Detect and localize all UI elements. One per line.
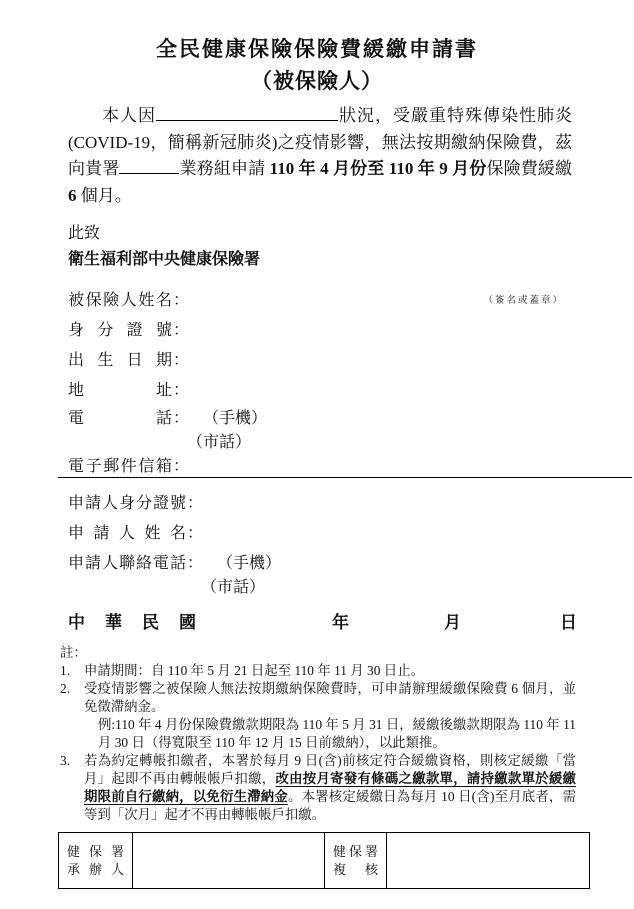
applicant-name-label: 申請人姓名 — [68, 520, 186, 543]
colon: ： — [187, 550, 203, 573]
applicant-landline-row: （市話） — [68, 574, 590, 598]
colon: ： — [187, 520, 203, 543]
approval-table: 健保署 承辦人 健保署 複核 — [58, 832, 590, 889]
nhia-reviewer-label-cell: 健保署 複核 — [324, 833, 386, 888]
colon: ： — [173, 453, 189, 476]
paragraph-segment: 業務組申請 — [179, 159, 269, 178]
insured-dob-label: 出生日期 — [68, 347, 172, 370]
branch-office-blank-line — [119, 158, 179, 174]
insured-address-label: 地址 — [68, 377, 172, 400]
section-divider-line — [58, 477, 632, 478]
colon: ： — [173, 287, 189, 310]
deferral-period-text: 110 年 4 月份至 110 年 9 月份 — [270, 159, 487, 178]
applicant-phone-row: 申請人聯絡電話： （手機） — [68, 550, 590, 574]
applicant-phone-label: 申請人聯絡電話 — [68, 550, 186, 573]
nhia-handler-label-cell: 健保署 承辦人 — [59, 833, 132, 888]
insured-name-row: 被保險人姓名： （簽名或蓋章） — [68, 287, 590, 317]
document-page: 全民健康保險保險費緩繳申請書 （被保險人） 本人因狀況，受嚴重特殊傳染性肺炎(C… — [0, 0, 634, 909]
note-number: 2. — [60, 680, 84, 752]
insured-phone-label: 電話 — [68, 405, 172, 428]
handler-signature-cell — [132, 833, 324, 888]
salutation-block: 此致 衛生福利部中央健康保險署 — [68, 221, 572, 273]
signature-or-seal-note: （簽名或蓋章） — [483, 287, 590, 306]
deferral-months-number: 6 — [68, 186, 77, 205]
note-text: 受疫情影響之被保險人無法按期繳納保險費時，可申請辦理緩繳保險費 6 個月，並免徵… — [84, 680, 576, 752]
note-item-1: 1. 申請期間：自 110 年 5 月 21 日起至 110 年 11 月 30… — [60, 662, 576, 680]
colon: ： — [173, 405, 189, 428]
note-number: 3. — [60, 752, 84, 824]
insured-dob-row: 出生日期： — [68, 347, 590, 377]
colon: ： — [173, 317, 189, 340]
insured-id-row: 身分證號： — [68, 317, 590, 347]
applicant-landline-label: （市話） — [201, 574, 265, 597]
nhia-label-line: 健保署 — [333, 843, 378, 861]
roc-era-label: 中華民國 — [68, 613, 216, 632]
note-text: 若為約定轉帳扣繳者，本署於每月 9 日(含)前核定符合緩繳資格，則核定緩繳「當月… — [84, 752, 576, 824]
colon: ： — [187, 490, 203, 513]
insured-email-row: 電子郵件信箱： — [68, 453, 590, 473]
applicant-fields-section: 申請人身分證號： 申請人姓名： 申請人聯絡電話： （手機） （市話） — [68, 490, 590, 598]
note-example: 例:110 年 4 月份保險費繳款期限為 110 年 5 月 31 日，緩繳後繳… — [98, 716, 576, 752]
insured-email-label: 電子郵件信箱 — [68, 453, 172, 476]
paragraph-segment: 本人因 — [102, 106, 156, 125]
document-title: 全民健康保險保險費緩繳申請書 — [0, 33, 634, 63]
notes-heading: 註： — [60, 644, 576, 662]
note-text-main: 受疫情影響之被保險人無法按期繳納保險費時，可申請辦理緩繳保險費 6 個月，並免徵… — [84, 681, 576, 714]
paragraph-segment: 保險費緩繳 — [486, 159, 572, 178]
applicant-id-label: 申請人身分證號 — [68, 490, 186, 513]
note-item-2: 2. 受疫情影響之被保險人無法按期繳納保險費時，可申請辦理緩繳保險費 6 個月，… — [60, 680, 576, 752]
reviewer-signature-cell — [386, 833, 589, 888]
handler-label-line: 承辦人 — [67, 861, 124, 879]
roc-date-row: 中華民國 年 月 日 — [68, 608, 572, 634]
applicant-name-row: 申請人姓名： — [68, 520, 590, 550]
insured-mobile-label: （手機） — [203, 405, 267, 428]
reason-blank-line — [156, 105, 338, 121]
insured-landline-label: （市話） — [187, 429, 251, 452]
year-label: 年 — [332, 608, 349, 633]
note-number: 1. — [60, 662, 84, 680]
insured-fields-section: 被保險人姓名： （簽名或蓋章） 身分證號： 出生日期： 地址： 電話： （手機）… — [68, 287, 590, 473]
insured-name-label: 被保險人姓名 — [68, 287, 172, 310]
insured-address-row: 地址： — [68, 377, 590, 405]
agency-name: 衛生福利部中央健康保險署 — [68, 247, 572, 273]
notes-section: 註： 1. 申請期間：自 110 年 5 月 21 日起至 110 年 11 月… — [60, 644, 576, 824]
reviewer-label-line: 複核 — [333, 861, 378, 879]
nhia-label-line: 健保署 — [67, 843, 124, 861]
month-label: 月 — [444, 608, 461, 633]
application-paragraph: 本人因狀況，受嚴重特殊傳染性肺炎(COVID-19，簡稱新冠肺炎)之疫情影響，無… — [68, 103, 572, 209]
insured-id-label: 身分證號 — [68, 317, 172, 340]
insured-phone-row: 電話： （手機） — [68, 405, 590, 429]
note-text: 申請期間：自 110 年 5 月 21 日起至 110 年 11 月 30 日止… — [84, 662, 576, 680]
note-item-3: 3. 若為約定轉帳扣繳者，本署於每月 9 日(含)前核定符合緩繳資格，則核定緩繳… — [60, 752, 576, 824]
day-label: 日 — [560, 608, 577, 633]
colon: ： — [173, 347, 189, 370]
applicant-id-row: 申請人身分證號： — [68, 490, 590, 520]
colon: ： — [173, 377, 189, 400]
insured-landline-row: （市話） — [68, 429, 590, 453]
applicant-mobile-label: （手機） — [217, 550, 281, 573]
paragraph-segment: 個月。 — [77, 186, 132, 205]
salutation-line: 此致 — [68, 221, 572, 247]
document-subtitle: （被保險人） — [0, 65, 634, 95]
